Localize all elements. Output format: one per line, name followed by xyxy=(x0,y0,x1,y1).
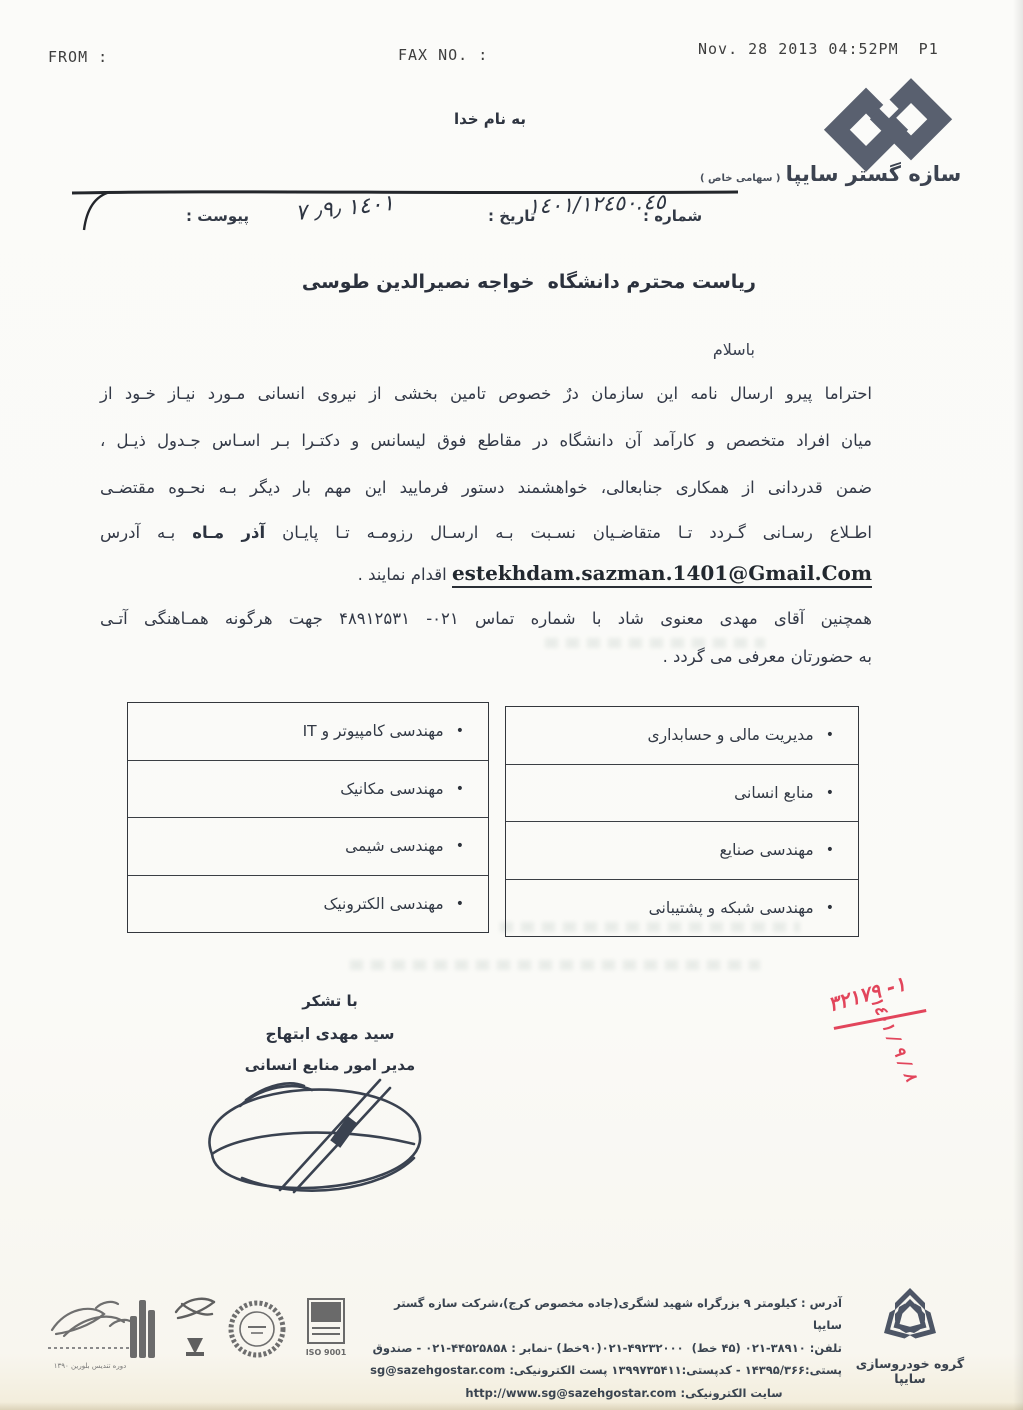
fax-timestamp: Nov. 28 2013 04:52PM P1 xyxy=(698,40,939,58)
bullet-icon: • xyxy=(826,842,834,858)
dept-label: مهندسی مکانیک xyxy=(340,780,444,798)
footer-address-block: آدرس : کیلومتر ۹ بزرگراه شهید لشگری(جاده… xyxy=(366,1292,842,1404)
fax-from-label: FROM : xyxy=(48,48,108,66)
dept-label: مهندسی شبکه و پشتیبانی xyxy=(649,899,814,917)
stamp-award-icon: دوره تندیس بلورین ۱۳۹۰ xyxy=(40,1296,140,1380)
attachment-label: پیوست : xyxy=(186,207,249,225)
body-line-4-post: بـه آدرس xyxy=(100,523,175,542)
signature-scribble xyxy=(182,1058,440,1200)
body-line-6-pre: همچنین آقای مهدی معنوی شاد با شماره تماس xyxy=(475,609,872,628)
table-row: • مدیریت مالی و حسابداری xyxy=(506,707,858,764)
email-address: estekhdam.sazman.1401@Gmail.Com xyxy=(452,561,872,588)
stamp-bird-icon xyxy=(172,1292,218,1358)
footer-address-line: آدرس : کیلومتر ۹ بزرگراه شهید لشگری(جاده… xyxy=(366,1292,842,1337)
bullet-icon: • xyxy=(826,727,834,743)
bullet-icon: • xyxy=(826,900,834,916)
table-row: • مهندسی کامپیوتر و IT xyxy=(128,703,488,760)
body-line-2: میان افراد متخصص و کارآمد آن دانشگاه در … xyxy=(100,430,872,451)
table-row: • منابع انسانی xyxy=(506,764,858,822)
dept-table-right: • مدیریت مالی و حسابداری • منابع انسانی … xyxy=(505,706,859,937)
footer-postal-line: پستی:۱۴۳۹۵/۳۶۶ - کدپستی:۱۳۹۹۷۳۵۴۱۱ پست ا… xyxy=(366,1359,842,1381)
scan-edge-shadow xyxy=(1013,0,1023,1410)
salutation: باسلام xyxy=(650,340,755,359)
dept-label: مهندسی الکترونیک xyxy=(323,895,443,913)
red-ref-number: ١- ٣٢١٧٩ xyxy=(825,958,957,1017)
table-row: • مهندسی الکترونیک xyxy=(128,875,488,933)
bismillah-text: به نام خدا xyxy=(400,110,580,128)
table-row: • مهندسی شیمی xyxy=(128,817,488,875)
company-name: سازه گستر سایپا xyxy=(786,162,962,186)
body-line-6-post: جهت هرگونه همـاهنگی آتـی xyxy=(100,609,323,628)
body-line-3: ضمن قدردانی از همکاری جنابعالی، خواهشمند… xyxy=(100,477,872,498)
fax-document-page: FROM : FAX NO. : Nov. 28 2013 04:52PM P1… xyxy=(0,0,1023,1410)
bullet-icon: • xyxy=(456,838,464,854)
bullet-icon: • xyxy=(826,785,834,801)
body-line-1: احتراما پیرو ارسال نامه این سازمان درٌ خ… xyxy=(100,383,872,404)
signature-thanks: با تشکر xyxy=(200,992,460,1010)
ghost-bleed-artifact xyxy=(545,638,765,648)
fax-number-label: FAX NO. : xyxy=(398,46,488,64)
stamp-building-icon xyxy=(128,1298,158,1360)
footer-site-line: سایت الکترونیکی: http://www.sg@sazehgost… xyxy=(366,1382,842,1404)
bullet-icon: • xyxy=(456,781,464,797)
footer-phone-line: تلفن: ۳۸۹۱۰-۰۲۱ (۴۵ خط) ۴۹۲۳۲۰۰۰-۰۲۱(۹۰خ… xyxy=(366,1337,842,1359)
number-value-handwritten: ١٤٠١/١٢٤٥٠.٤٥ xyxy=(528,190,667,219)
table-row: • مهندسی شبکه و پشتیبانی xyxy=(506,879,858,937)
body-line-6: همچنین آقای مهدی معنوی شاد با شماره تماس… xyxy=(100,608,872,629)
saipa-group-caption: گروه خودروسازی سایپا xyxy=(838,1356,982,1386)
deadline-month: آذر مـاه xyxy=(192,523,265,542)
ghost-bleed-artifact xyxy=(350,960,760,970)
award-caption: دوره تندیس بلورین ۱۳۹۰ xyxy=(40,1362,140,1370)
dept-label: مدیریت مالی و حسابداری xyxy=(647,726,813,744)
scan-edge-shadow xyxy=(0,1402,1023,1410)
recipient-title: ریاست محترم دانشگاه خواجه نصیرالدین طوسی xyxy=(300,271,756,293)
body-line-4: اطـلاع رسـانی گـردد تـا متقاضـیان نسـبت … xyxy=(100,522,872,543)
stamp-seal-icon xyxy=(228,1300,286,1358)
body-line-7: به حضورتان معرفی می گردد . xyxy=(100,646,872,667)
signer-name: سید مهدی ابتهاج xyxy=(200,1025,460,1043)
saipa-logo-icon xyxy=(874,1282,946,1354)
body-line-5-post: اقدام نمایند . xyxy=(358,565,447,584)
stamp-iso-icon: ISO 9001 xyxy=(304,1298,348,1368)
body-line-4-pre: اطـلاع رسـانی گـردد تـا متقاضـیان نسـبت … xyxy=(282,523,872,542)
iso-caption: ISO 9001 xyxy=(304,1348,348,1357)
bullet-icon: • xyxy=(456,723,464,739)
table-row: • مهندسی صنایع xyxy=(506,821,858,879)
dept-label: مهندسی شیمی xyxy=(345,837,444,855)
dept-label: مهندسی کامپیوتر و IT xyxy=(303,722,444,740)
table-row: • مهندسی مکانیک xyxy=(128,760,488,818)
dept-table-left: • مهندسی کامپیوتر و IT • مهندسی مکانیک •… xyxy=(127,702,489,933)
dept-label: منابع انسانی xyxy=(734,784,814,802)
company-logo-icon xyxy=(822,76,956,174)
date-label: تاریخ : xyxy=(488,207,536,225)
contact-phone: ۴۸۹۱۲۵۳۱ -۰۲۱ xyxy=(339,609,459,628)
bullet-icon: • xyxy=(456,896,464,912)
body-line-5: estekhdam.sazman.1401@Gmail.Com اقدام نم… xyxy=(100,560,872,586)
dept-label: مهندسی صنایع xyxy=(720,841,814,859)
